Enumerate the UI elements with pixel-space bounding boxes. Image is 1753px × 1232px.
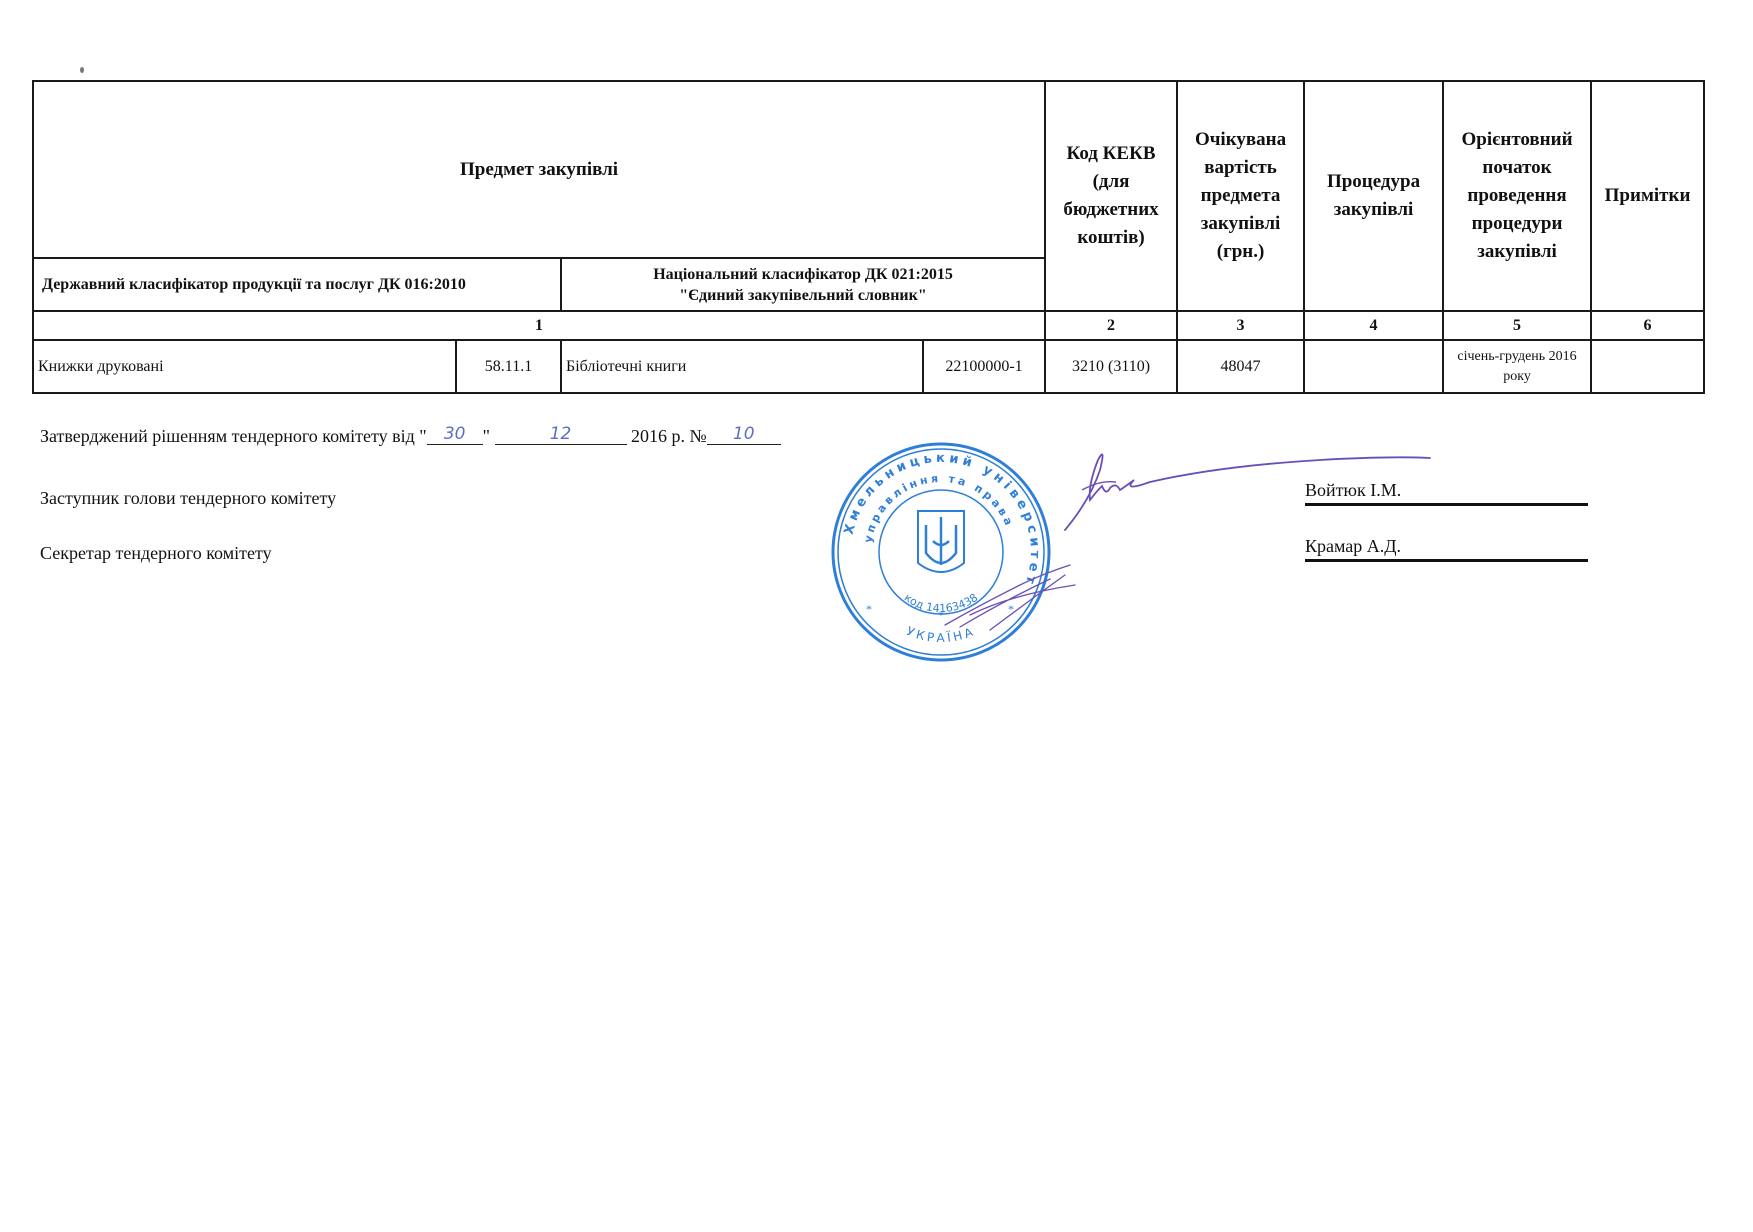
kekv-cell: 3210 (3110) xyxy=(1045,340,1177,393)
dk016-name-cell: Книжки друковані xyxy=(33,340,456,393)
header-notes: Примітки xyxy=(1591,81,1704,311)
table-row: Книжки друковані 58.11.1 Бібліотечні кни… xyxy=(33,340,1704,393)
start-date-line1: січень-грудень 2016 xyxy=(1447,347,1587,367)
header-kekv: Код КЕКВ (для бюджетних коштів) xyxy=(1045,81,1177,311)
secretary-signature-icon xyxy=(940,555,1080,635)
start-date-cell: січень-грудень 2016 року xyxy=(1443,340,1591,393)
approval-year-text: 2016 р. № xyxy=(631,426,707,446)
expected-cost-cell: 48047 xyxy=(1177,340,1304,393)
approval-line: Затверджений рішенням тендерного комітет… xyxy=(40,426,781,447)
header-classifier-dk021: Національний класифікатор ДК 021:2015 "Є… xyxy=(561,258,1045,311)
approval-day-field: 30 xyxy=(427,426,483,445)
header-start-date: Орієнтовний початок проведення процедури… xyxy=(1443,81,1591,311)
svg-text:*: * xyxy=(866,602,872,616)
column-numbers-row: 1 2 3 4 5 6 xyxy=(33,311,1704,340)
approval-text: Затверджений рішенням тендерного комітет… xyxy=(40,426,427,446)
scan-speck xyxy=(80,67,84,73)
approval-day-handwritten: 30 xyxy=(444,424,466,444)
deputy-signature-icon xyxy=(1060,430,1440,540)
approval-quote: " xyxy=(483,426,490,446)
dk021-code-cell: 22100000-1 xyxy=(923,340,1045,393)
procedure-cell xyxy=(1304,340,1443,393)
start-date-line2: року xyxy=(1447,367,1587,387)
approval-month-field: 12 xyxy=(495,426,627,445)
procurement-table: Предмет закупівлі Код КЕКВ (для бюджетни… xyxy=(32,80,1705,394)
secretary-role: Секретар тендерного комітету xyxy=(40,543,272,564)
approval-month-handwritten: 12 xyxy=(550,424,572,444)
column-number: 2 xyxy=(1045,311,1177,340)
column-number: 4 xyxy=(1304,311,1443,340)
deputy-chair-role: Заступник голови тендерного комітету xyxy=(40,488,336,509)
column-number: 6 xyxy=(1591,311,1704,340)
dk021-subtitle: "Єдиний закупівельний словник" xyxy=(565,285,1041,306)
notes-cell xyxy=(1591,340,1704,393)
column-number: 5 xyxy=(1443,311,1591,340)
header-subject: Предмет закупівлі xyxy=(33,81,1045,258)
approval-number-handwritten: 10 xyxy=(733,424,755,444)
dk016-code-cell: 58.11.1 xyxy=(456,340,561,393)
header-classifier-dk016: Державний класифікатор продукції та посл… xyxy=(33,258,561,311)
header-expected-cost: Очікувана вартість предмета закупівлі (г… xyxy=(1177,81,1304,311)
column-number: 3 xyxy=(1177,311,1304,340)
approval-number-field: 10 xyxy=(707,426,781,445)
dk021-name-cell: Бібліотечні книги xyxy=(561,340,923,393)
dk021-title: Національний класифікатор ДК 021:2015 xyxy=(565,264,1041,285)
column-number: 1 xyxy=(33,311,1045,340)
procurement-plan-page: Предмет закупівлі Код КЕКВ (для бюджетни… xyxy=(0,0,1753,1232)
header-procedure: Процедура закупівлі xyxy=(1304,81,1443,311)
